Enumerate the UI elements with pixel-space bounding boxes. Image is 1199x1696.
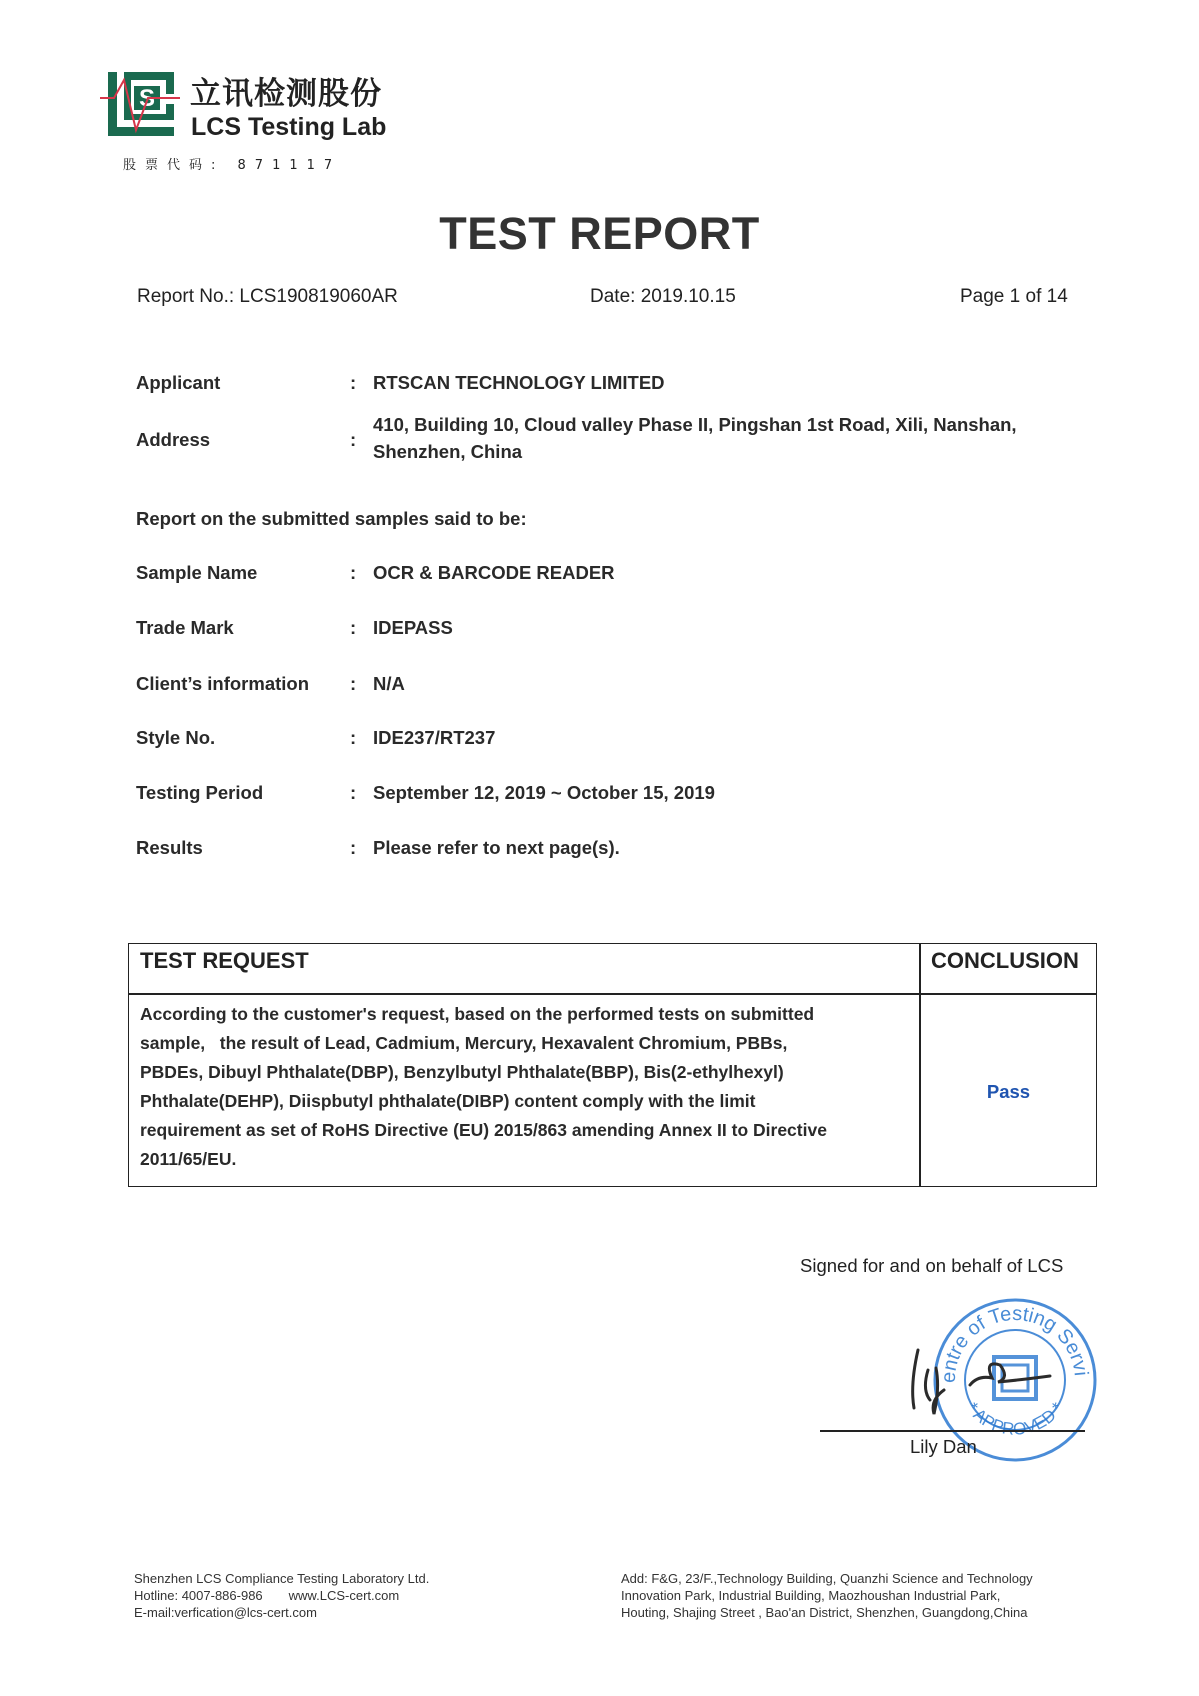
handwritten-signature-icon — [900, 1330, 1060, 1420]
trade-mark-value: IDEPASS — [373, 617, 453, 639]
page-title: TEST REPORT — [0, 208, 1199, 260]
test-request-text: According to the customer's request, bas… — [140, 1000, 910, 1174]
footer-email: E-mail:verfication@lcs-cert.com — [134, 1604, 429, 1621]
stock-code-value: 871117 — [238, 158, 342, 173]
footer-hotline: Hotline: 4007-886-986 — [134, 1588, 263, 1603]
signed-for-text: Signed for and on behalf of LCS — [800, 1255, 1063, 1277]
test-request-table: TEST REQUEST CONCLUSION According to the… — [128, 943, 1097, 1187]
field-colon: : — [350, 562, 356, 584]
applicant-colon: : — [350, 372, 356, 394]
request-line: Phthalate(DEHP), Diispbutyl phthalate(DI… — [140, 1087, 910, 1116]
style-no-value: IDE237/RT237 — [373, 727, 495, 749]
conclusion-header: CONCLUSION — [931, 948, 1079, 974]
client-info-value: N/A — [373, 673, 405, 695]
header-divider — [129, 993, 1096, 995]
trade-mark-label: Trade Mark — [136, 617, 234, 639]
request-line: 2011/65/EU. — [140, 1145, 910, 1174]
footer-website: www.LCS-cert.com — [289, 1588, 400, 1603]
stock-code: 股票代码: 871117 — [123, 154, 341, 173]
address-label: Address — [136, 429, 210, 451]
results-label: Results — [136, 837, 203, 859]
address-line-1: 410, Building 10, Cloud valley Phase II,… — [373, 414, 1017, 436]
footer-address-line: Houting, Shajing Street , Bao'an Distric… — [621, 1604, 1033, 1621]
footer-contact: Hotline: 4007-886-986www.LCS-cert.com — [134, 1587, 429, 1604]
test-request-header: TEST REQUEST — [140, 948, 309, 974]
address-line-2: Shenzhen, China — [373, 441, 522, 463]
column-divider — [919, 944, 921, 1186]
testing-period-value: September 12, 2019 ~ October 15, 2019 — [373, 782, 715, 804]
field-colon: : — [350, 673, 356, 695]
page-indicator: Page 1 of 14 — [960, 286, 1068, 308]
applicant-value: RTSCAN TECHNOLOGY LIMITED — [373, 372, 665, 394]
request-line: sample, the result of Lead, Cadmium, Mer… — [140, 1029, 910, 1058]
lcs-logo-icon: S — [100, 68, 180, 140]
field-colon: : — [350, 727, 356, 749]
address-colon: : — [350, 429, 356, 451]
footer-company: Shenzhen LCS Compliance Testing Laborato… — [134, 1570, 429, 1587]
footer-company-info: Shenzhen LCS Compliance Testing Laborato… — [134, 1570, 429, 1621]
footer-address-line: Innovation Park, Industrial Building, Ma… — [621, 1587, 1033, 1604]
logo-english-name: LCS Testing Lab — [191, 113, 386, 142]
testing-period-label: Testing Period — [136, 782, 263, 804]
sample-name-label: Sample Name — [136, 562, 257, 584]
applicant-label: Applicant — [136, 372, 220, 394]
signature-line — [820, 1430, 1085, 1432]
field-colon: : — [350, 837, 356, 859]
request-line: requirement as set of RoHS Directive (EU… — [140, 1116, 910, 1145]
style-no-label: Style No. — [136, 727, 215, 749]
conclusion-status: Pass — [921, 1081, 1096, 1103]
results-value: Please refer to next page(s). — [373, 837, 620, 859]
signer-name: Lily Dan — [910, 1436, 977, 1458]
request-line: According to the customer's request, bas… — [140, 1000, 910, 1029]
logo-chinese-name: 立讯检测股份 — [190, 68, 382, 113]
stock-code-label: 股票代码: — [123, 158, 224, 173]
samples-intro: Report on the submitted samples said to … — [136, 508, 527, 530]
report-number: Report No.: LCS190819060AR — [137, 286, 398, 308]
field-colon: : — [350, 617, 356, 639]
client-info-label: Client’s information — [136, 673, 309, 695]
footer-address-line: Add: F&G, 23/F.,Technology Building, Qua… — [621, 1570, 1033, 1587]
footer-address: Add: F&G, 23/F.,Technology Building, Qua… — [621, 1570, 1033, 1621]
request-line: PBDEs, Dibuyl Phthalate(DBP), Benzylbuty… — [140, 1058, 910, 1087]
report-date: Date: 2019.10.15 — [590, 286, 736, 308]
field-colon: : — [350, 782, 356, 804]
sample-name-value: OCR & BARCODE READER — [373, 562, 615, 584]
